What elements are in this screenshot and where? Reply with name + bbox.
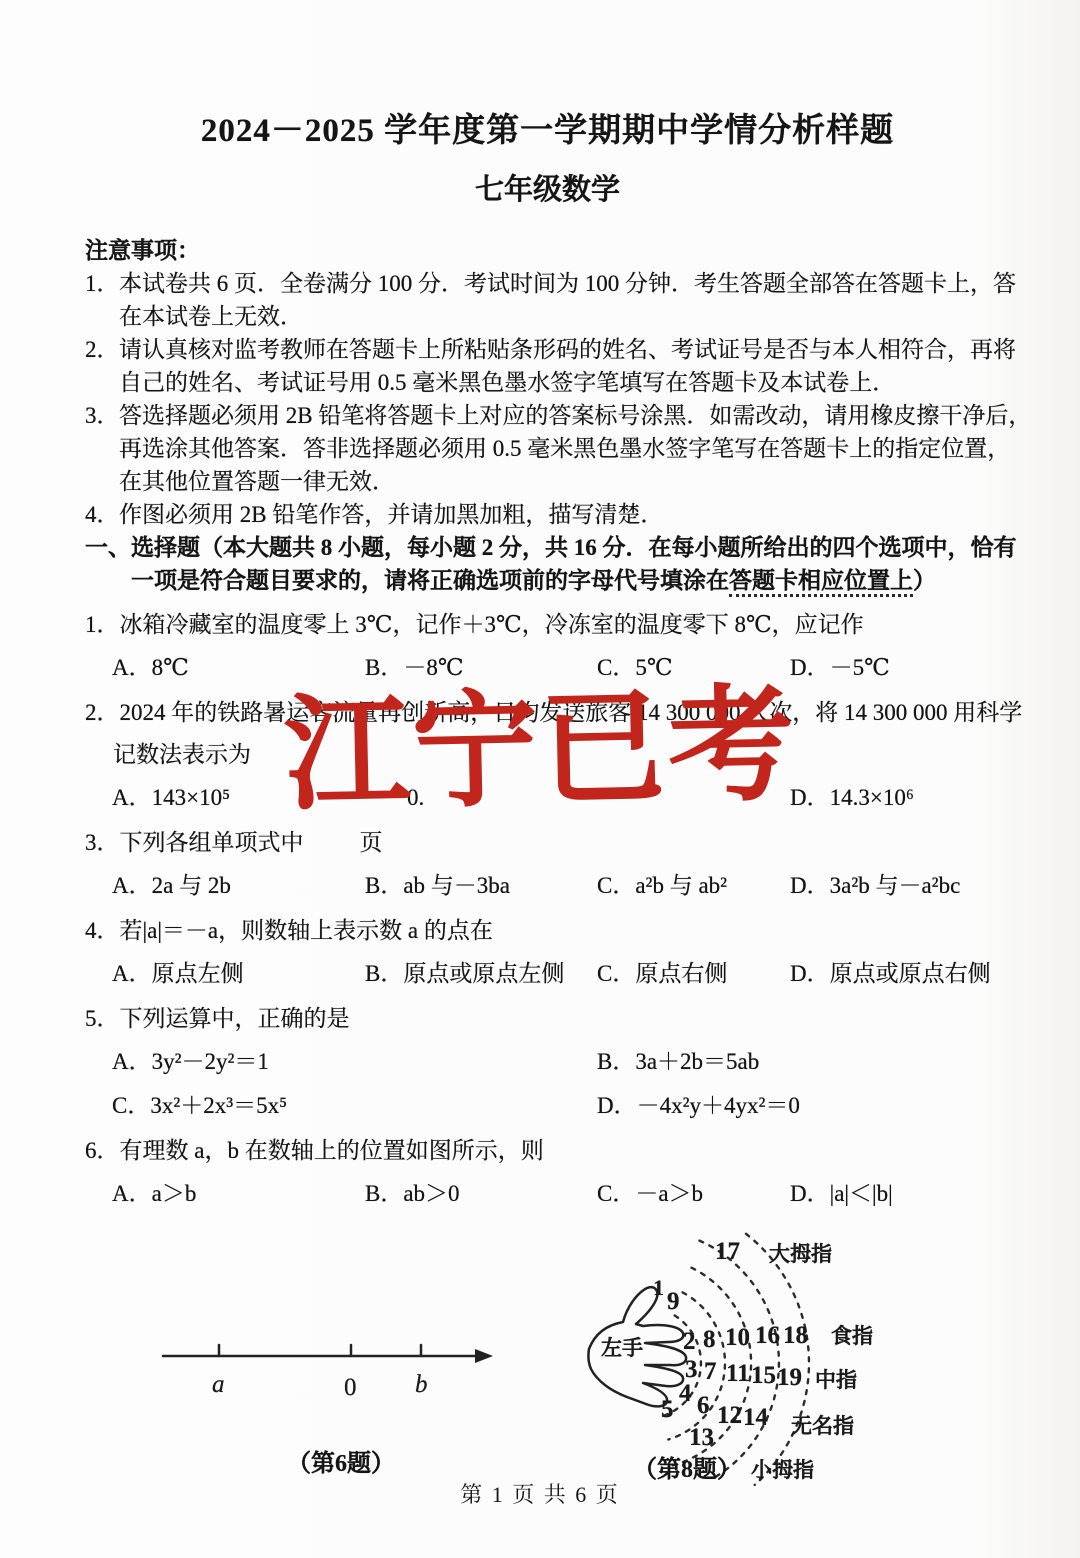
question-3-text: 3．下列各组单项式中页 xyxy=(85,826,1010,859)
option-d: D．原点或原点右侧 xyxy=(790,957,991,990)
option-a: A．143×10⁵ xyxy=(112,781,230,814)
page-title: 2024－2025 学年度第一学期期中学情分析样题 xyxy=(85,104,1010,151)
option-c: C．3x²＋2x³＝5x⁵ xyxy=(112,1089,287,1122)
option-c: C．－a＞b xyxy=(597,1177,703,1210)
page-footer: 第 1 页 共 6 页 xyxy=(0,1478,1080,1509)
notice-text: 再选涂其他答案．答非选择题必须用 0.5 毫米黑色墨水签字笔写在答题卡上的指定位… xyxy=(85,432,1010,465)
notice-number: 4． xyxy=(85,498,119,531)
option-a: A．8℃ xyxy=(112,651,189,684)
middle-label: 中指 xyxy=(815,1368,857,1392)
question-6-options: A．a＞b B．ab＞0 C．－a＞b D．|a|＜|b| xyxy=(85,1177,1010,1211)
option-b: B．ab＞0 xyxy=(365,1177,460,1210)
notice-line: 4．作图必须用 2B 铅笔作答，并请加黑加粗，描写清楚． xyxy=(85,498,1010,531)
option-d: D．14.3×10⁶ xyxy=(790,781,914,814)
section-number: 一、 xyxy=(85,531,131,564)
watermark: 江宁已考 xyxy=(283,673,798,829)
section-heading-line2: 一项是符合题目要求的，请将正确选项前的字母代号填涂在答题卡相应位置上） xyxy=(85,564,1010,597)
notice-line: 3．答选择题必须用 2B 铅笔将答题卡上对应的答案标号涂黑．如需改动，请用橡皮擦… xyxy=(85,399,1010,432)
option-a: A．原点左侧 xyxy=(112,957,244,990)
notices-heading: 注意事项： xyxy=(85,234,1010,267)
finger-number-6: 6 xyxy=(697,1392,710,1419)
notice-text: 本试卷共 6 页．全卷满分 100 分．考试时间为 100 分钟．考生答题全部答… xyxy=(119,271,1016,296)
index-label: 食指 xyxy=(831,1324,873,1348)
section-heading-text: 选择题（本大题共 8 小题，每小题 2 分，共 16 分．在每小题所给出的四个选… xyxy=(131,535,1017,560)
finger-number-3: 3 xyxy=(685,1356,698,1383)
notice-line: 1．本试卷共 6 页．全卷满分 100 分．考试时间为 100 分钟．考生答题全… xyxy=(85,267,1010,300)
notice-text: 答选择题必须用 2B 铅笔将答题卡上对应的答案标号涂黑．如需改动，请用橡皮擦干净… xyxy=(119,403,1031,428)
number-line-figure: a 0 b xyxy=(155,1317,505,1427)
notice-number: 1． xyxy=(85,267,119,300)
finger-number-10: 10 xyxy=(725,1324,750,1351)
label-b: b xyxy=(415,1371,428,1398)
finger-number-5: 5 xyxy=(661,1396,674,1423)
notice-item-1: 1．本试卷共 6 页．全卷满分 100 分．考试时间为 100 分钟．考生答题全… xyxy=(85,267,1010,333)
question-5-options-row2: C．3x²＋2x³＝5x⁵ D．－4x²y＋4yx²＝0 xyxy=(85,1089,1010,1123)
option-a: A．2a 与 2b xyxy=(112,869,231,902)
finger-number-8: 8 xyxy=(703,1326,716,1353)
finger-number-9: 9 xyxy=(667,1288,680,1315)
finger-number-1: 1 xyxy=(653,1275,664,1300)
counting-arc-5 xyxy=(746,1234,809,1485)
finger-number-16: 16 xyxy=(755,1322,780,1349)
finger-number-12: 12 xyxy=(717,1402,742,1429)
figures-row: a 0 b （第6题） 左手 1 9 17 2 8 10 16 18 xyxy=(85,1221,1010,1477)
question-5-text: 5．下列运算中，正确的是 xyxy=(85,1002,1010,1035)
finger-number-17: 17 xyxy=(715,1238,740,1265)
option-d: D．－5℃ xyxy=(790,651,890,684)
question-4-text: 4．若|a|＝－a，则数轴上表示数 a 的点在 xyxy=(85,914,1010,947)
finger-number-11: 11 xyxy=(726,1360,750,1387)
question-3-text-visible: 3．下列各组单项式中 xyxy=(85,830,304,855)
label-a: a xyxy=(212,1371,225,1398)
option-c: C．a²b 与 ab² xyxy=(597,869,727,902)
page-subtitle: 七年级数学 xyxy=(85,167,1010,208)
hand-label: 左手 xyxy=(601,1336,643,1360)
axis-arrowhead xyxy=(475,1349,493,1363)
option-d: D．－4x²y＋4yx²＝0 xyxy=(597,1089,800,1122)
finger-number-18: 18 xyxy=(783,1322,808,1349)
finger-number-14: 14 xyxy=(743,1404,769,1431)
question-3-obscured-fragment: 页 xyxy=(360,826,383,859)
option-b: B．ab 与－3ba xyxy=(365,869,510,902)
figure6-caption: （第6题） xyxy=(287,1443,395,1478)
question-1-text: 1．冰箱冷藏室的温度零上 3℃，记作＋3℃，冷冻室的温度零下 8℃，应记作 xyxy=(85,608,1010,641)
label-0: 0 xyxy=(344,1374,357,1401)
section-heading-text: 一项是符合题目要求的，请将正确选项前的字母代号填涂在 xyxy=(131,568,729,593)
notice-item-2: 2．请认真核对监考教师在答题卡上所粘贴条形码的姓名、考试证号是否与本人相符合，再… xyxy=(85,333,1010,399)
question-3-options: A．2a 与 2b B．ab 与－3ba C．a²b 与 ab² D．3a²b … xyxy=(85,869,1010,903)
notice-item-3: 3．答选择题必须用 2B 铅笔将答题卡上对应的答案标号涂黑．如需改动，请用橡皮擦… xyxy=(85,399,1010,498)
notice-text: 作图必须用 2B 铅笔作答，并请加黑加粗，描写清楚． xyxy=(119,502,663,527)
notice-number: 3． xyxy=(85,399,119,432)
finger-number-19: 19 xyxy=(777,1364,802,1391)
option-d: D．3a²b 与－a²bc xyxy=(790,869,960,902)
question-6-text: 6．有理数 a，b 在数轴上的位置如图所示，则 xyxy=(85,1134,1010,1167)
finger-number-2: 2 xyxy=(683,1328,696,1355)
notice-text: 请认真核对监考教师在答题卡上所粘贴条形码的姓名、考试证号是否与本人相符合，再将 xyxy=(119,337,1016,362)
question-4-options: A．原点左侧 B．原点或原点左侧 C．原点右侧 D．原点或原点右侧 xyxy=(85,957,1010,991)
notice-text: 自己的姓名、考试证号用 0.5 毫米黑色墨水签字笔填写在答题卡及本试卷上． xyxy=(85,366,1010,399)
option-a: A．3y²－2y²＝1 xyxy=(112,1045,269,1078)
notice-text: 在本试卷上无效． xyxy=(85,300,1010,333)
thumb-label: 大拇指 xyxy=(769,1242,832,1266)
option-a: A．a＞b xyxy=(112,1177,196,1210)
option-c: C．原点右侧 xyxy=(597,957,727,990)
finger-number-7: 7 xyxy=(704,1358,717,1385)
emphasized-text: 答题卡相应位置上 xyxy=(729,568,913,597)
option-b: B．3a＋2b＝5ab xyxy=(597,1045,759,1078)
exam-paper-page: 2024－2025 学年度第一学期期中学情分析样题 七年级数学 注意事项： 1．… xyxy=(0,0,1080,1558)
ring-label: 无名指 xyxy=(791,1414,854,1438)
option-b: B．原点或原点左侧 xyxy=(365,957,564,990)
notice-item-4: 4．作图必须用 2B 铅笔作答，并请加黑加粗，描写清楚． xyxy=(85,498,1010,531)
notice-number: 2． xyxy=(85,333,119,366)
section-heading: 一、选择题（本大题共 8 小题，每小题 2 分，共 16 分．在每小题所给出的四… xyxy=(85,531,1010,564)
notice-text: 在其他位置答题一律无效． xyxy=(85,465,1010,498)
finger-number-4: 4 xyxy=(679,1380,692,1407)
finger-number-15: 15 xyxy=(751,1362,776,1389)
question-5-options-row1: A．3y²－2y²＝1 B．3a＋2b＝5ab xyxy=(85,1045,1010,1079)
notice-line: 2．请认真核对监考教师在答题卡上所粘贴条形码的姓名、考试证号是否与本人相符合，再… xyxy=(85,333,1010,366)
finger-number-13: 13 xyxy=(689,1424,714,1451)
option-d: D．|a|＜|b| xyxy=(790,1177,893,1210)
section-heading-text: ） xyxy=(913,568,936,593)
